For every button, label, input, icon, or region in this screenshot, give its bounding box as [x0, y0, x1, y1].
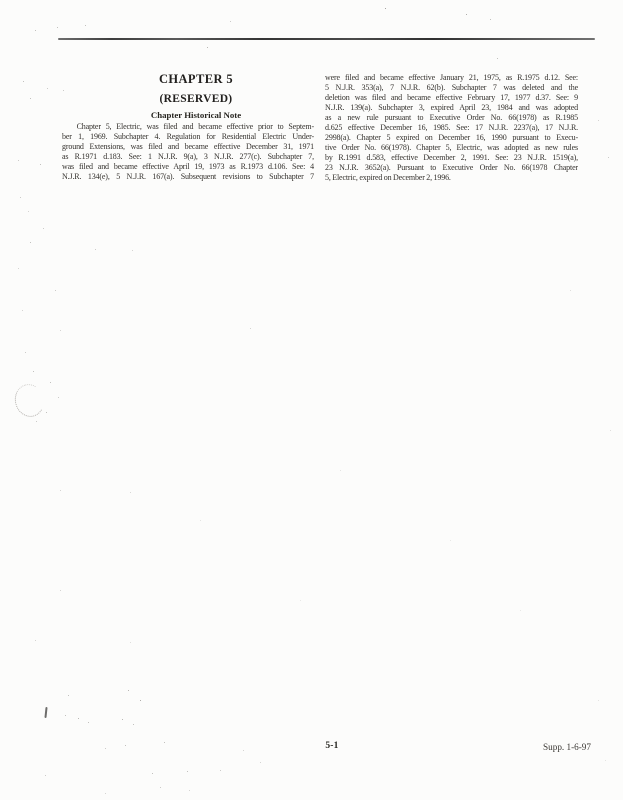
text-line: as R.1971 d.183. See: 1 N.J.R. 9(a), 3 N…	[62, 152, 314, 162]
scan-curl-artifact	[11, 381, 48, 420]
text-line: 5 N.J.R. 353(a), 7 N.J.R. 62(b). Subchap…	[325, 83, 578, 93]
text-line: tive Order No. 66(1978). Chapter 5, Elec…	[325, 143, 578, 153]
text-line: 23 N.J.R. 3652(a). Pursuant to Executive…	[325, 163, 578, 173]
supplement-date: Supp. 1-6-97	[488, 742, 591, 752]
header-rule	[58, 38, 595, 40]
text-line: N.J.R. 139(a). Subchapter 3, expired Apr…	[325, 103, 578, 113]
historical-note-heading: Chapter Historical Note	[62, 110, 330, 120]
page-number: 5-1	[306, 741, 358, 751]
text-line: was filed and became effective April 19,…	[62, 162, 314, 172]
scanned-document-page: CHAPTER 5 (RESERVED) Chapter Historical …	[0, 0, 623, 800]
text-line: by R.1991 d.583, effective December 2, 1…	[325, 153, 578, 163]
text-line: as a new rule pursuant to Executive Orde…	[325, 113, 578, 123]
text-line: 5, Electric, expired on December 2, 1996…	[325, 173, 578, 183]
text-line: 2998(a). Chapter 5 expired on December 1…	[325, 133, 578, 143]
chapter-title: CHAPTER 5	[62, 72, 330, 87]
text-line: deletion was filed and became effective …	[325, 93, 578, 103]
chapter-reserved-status: (RESERVED)	[62, 93, 330, 105]
historical-note-right-column: were filed and became effective January …	[325, 73, 578, 183]
historical-note-left-column: Chapter 5, Electric, was filed and becam…	[62, 122, 314, 182]
text-line: Chapter 5, Electric, was filed and becam…	[62, 122, 314, 132]
scan-noise-specks	[0, 0, 1, 1]
text-line: ber 1, 1969. Subchapter 4. Regulation fo…	[62, 132, 314, 142]
text-line: d.625 effective December 16, 1985. See: …	[325, 123, 578, 133]
text-line: ground Extensions, was filed and became …	[62, 142, 314, 152]
text-line: were filed and became effective January …	[325, 73, 578, 83]
text-line: N.J.R. 134(e), 5 N.J.R. 167(a). Subseque…	[62, 172, 314, 182]
scan-ink-mark	[44, 707, 47, 718]
